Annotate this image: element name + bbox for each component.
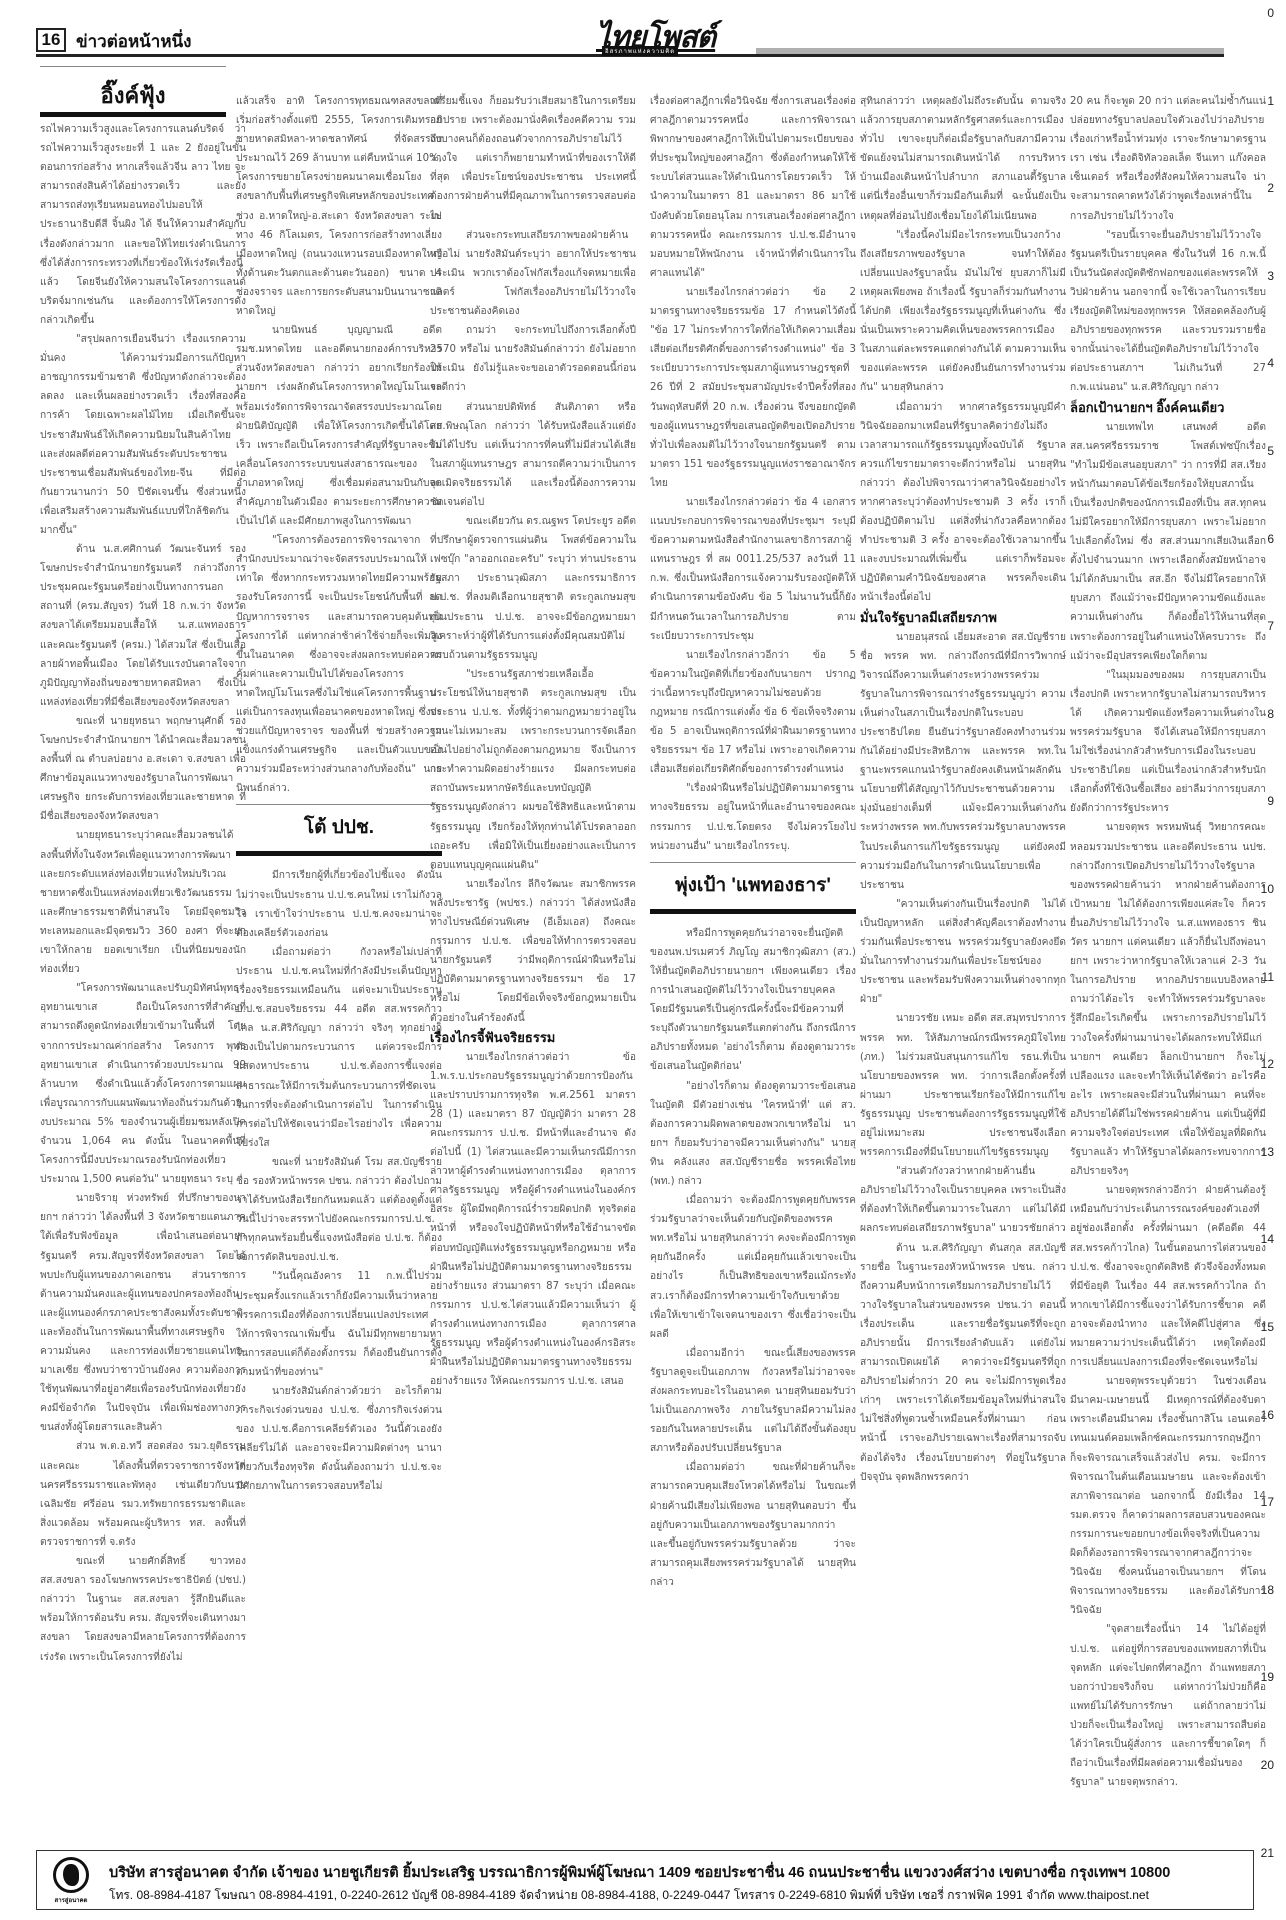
column-2-text: แล้วเสร็จ อาทิ โครงการพุทธมณฑลสงขลาที่เร… bbox=[236, 92, 442, 798]
paragraph: "ในมุมมองของผม การยุบสภาเป็นเรื่องปกติ เ… bbox=[1070, 666, 1266, 819]
paragraph: "สรุปผลการเยือนจีนว่า เรื่องแรกความมั่นค… bbox=[40, 330, 246, 540]
paragraph: "โครงการต้องรอการพิจารณาจากสำนักงบประมาณ… bbox=[236, 531, 442, 798]
paragraph: ส่วนนายปดิพัทธ์ สันติภาดา หรือ สส.พิษณุโ… bbox=[430, 398, 636, 513]
paragraph: นายจตุพรกล่าวอีกว่า ฝ่ายค้านต้องรู้เหมือ… bbox=[1070, 1181, 1266, 1372]
subhead-rule-top bbox=[236, 804, 442, 805]
line-marker: 0 bbox=[1267, 6, 1274, 20]
paragraph: นายจตุพรระบุด้วยว่า ในช่วงเดือนมีนาคม-เม… bbox=[1070, 1372, 1266, 1620]
masthead-tagline: อิสรภาพแห่งความคิด bbox=[602, 46, 678, 56]
paragraph: ขณะที่ นายรังสิมันต์ โรม สส.บัญชีรายชื่อ… bbox=[236, 1153, 442, 1268]
kicker-rule-top bbox=[40, 66, 226, 67]
column-4-text: เรื่องต่อศาลฎีกาเพื่อวินิจฉัย ซึ่งการเสน… bbox=[650, 92, 856, 856]
paragraph: ด้าน น.ส.ศศิกานต์ วัฒนะจันทร์ รองโฆษกประ… bbox=[40, 540, 246, 712]
subhead-box-ppc: โต้ ปปช. bbox=[236, 804, 442, 856]
column-4b-text: หรือมีการพูดคุยกันว่าอาจจะยื่นญัตติของนพ… bbox=[650, 924, 856, 1592]
paragraph: "อย่างไรก็ตาม ต้องดูตามวาระข้อเสนอในญัตต… bbox=[650, 1077, 856, 1192]
paragraph: นายจิรายุ ห่วงทรัพย์ ที่ปรึกษาของนายกฯ ก… bbox=[40, 1189, 246, 1437]
paragraph: หรือมีการพูดคุยกันว่าอาจจะยื่นญัตติของนพ… bbox=[650, 924, 856, 1077]
kicker-headline: อิ๊งค์ฟุ้ง bbox=[40, 78, 226, 113]
paragraph: เมื่อถามต่อว่า กังวลหรือไม่เปล่าที่ประธา… bbox=[236, 943, 442, 1153]
paragraph: สุทินกล่าวว่า เหตุผลยังไม่ถึงระดับนั้น ต… bbox=[860, 92, 1066, 226]
line-marker: 4 bbox=[1267, 356, 1274, 370]
article-column-6: 20 คน ก็จะพูด 20 กว่า แต่ละคนไม่ซ้ำกันแน… bbox=[1070, 92, 1266, 1827]
article-column-1: รถไฟความเร็วสูงและโครงการแลนด์บริดจ์ ว่า… bbox=[40, 120, 246, 1825]
subhead-ppc: โต้ ปปช. bbox=[236, 815, 442, 841]
imprint-line-2: โทร. 08-8984-4187 โฆษณา 08-8984-4191, 0-… bbox=[109, 1886, 1149, 1905]
publisher-logo-icon bbox=[53, 1857, 89, 1893]
paragraph: ขณะที่ นายยุทธนา พฤกษานุศักดิ์ รองโฆษกปร… bbox=[40, 712, 246, 827]
line-marker: 1 bbox=[1267, 94, 1274, 108]
line-marker: 6 bbox=[1267, 532, 1274, 546]
paragraph: นายเทพไท เสนพงศ์ อดีต สส.นครศรีธรรมราช โ… bbox=[1070, 418, 1266, 666]
paragraph: "จุดสายเรื่องนี้น่า 14 ไม่ได้อยู่ที่ ป.ป… bbox=[1070, 1620, 1266, 1792]
subhead-ruangkrai-ethics: เรื่องไกรจี้ฟันจริยธรรม bbox=[430, 1028, 636, 1048]
paragraph: นายเรืองไกร ลีกิจวัฒนะ สมาชิกพรรคพลังประ… bbox=[430, 875, 636, 1028]
paragraph: ส่วนจะกระทบเสถียรภาพของฝ่ายค้านหรือไม่ น… bbox=[430, 226, 636, 321]
paragraph: "เรื่องนี้คงไม่มีอะไรกระทบเป็นวงกว้างถึง… bbox=[860, 226, 1066, 398]
subhead-rule-bottom bbox=[650, 909, 856, 914]
line-marker: 21 bbox=[1261, 1846, 1274, 1860]
paragraph: "ส่วนตัวกังวลว่าหากฝ่ายค้านยื่นอภิปรายไม… bbox=[860, 1162, 1066, 1238]
page-number: 16 bbox=[36, 28, 66, 52]
line-marker: 7 bbox=[1267, 619, 1274, 633]
paragraph: นายเรืองไกรกล่าวต่อว่า ข้อ 4 เอกสารแนบปร… bbox=[650, 493, 856, 646]
paragraph: ขณะที่ นายศักดิ์สิทธิ์ ขาวทอง สส.สงขลา ร… bbox=[40, 1552, 246, 1667]
paragraph: เมื่อถามว่า จะต้องมีการพูดคุยกับพรรคร่วม… bbox=[650, 1191, 856, 1344]
section-title: ข่าวต่อหน้าหนึ่ง bbox=[76, 28, 191, 55]
paragraph: เมื่อถามอีกว่า ขณะนี้เสียงของพรรครัฐบาลด… bbox=[650, 1344, 856, 1459]
line-marker: 5 bbox=[1267, 444, 1274, 458]
masthead-logo: ไทยโพสต์ อิสรภาพแห่งความคิด bbox=[596, 18, 746, 54]
publisher-logo-text: สารสู่อนาคต bbox=[49, 1895, 93, 1905]
subhead-rule-top bbox=[650, 862, 856, 863]
publisher-logo: สารสู่อนาคต bbox=[49, 1857, 93, 1905]
article-column-3: เตรียมชี้แจง ก็ยอมรับว่าเสียสมาธิในการเต… bbox=[430, 92, 636, 1827]
paragraph: เรื่องต่อศาลฎีกาเพื่อวินิจฉัย ซึ่งการเสน… bbox=[650, 92, 856, 283]
article-column-5: สุทินกล่าวว่า เหตุผลยังไม่ถึงระดับนั้น ต… bbox=[860, 92, 1066, 1827]
paragraph: ส่วน พ.ต.อ.ทวี สอดส่อง รมว.ยุติธรรม และค… bbox=[40, 1437, 246, 1552]
subhead-confident-gov: มั่นใจรัฐบาลมีเสถียรภาพ bbox=[860, 608, 1066, 628]
paragraph: นายจตุพร พรหมพันธุ์ วิทยากรคณะหลอมรวมประ… bbox=[1070, 818, 1266, 1181]
paragraph: "วันนี้คุณอังคาร 11 ก.พ.นี้ไปร่วมประชุมค… bbox=[236, 1267, 442, 1382]
paragraph: ด้าน น.ส.ศิริกัญญา ตันสกุล สส.บัญชีรายชื… bbox=[860, 1239, 1066, 1487]
column-2b-text: มีการเรียกผู้ที่เกี่ยวข้องไปชี้แจง ดังนั… bbox=[236, 866, 442, 1496]
page-header: 16 ข่าวต่อหน้าหนึ่ง ไทยโพสต์ อิสรภาพแห่ง… bbox=[36, 18, 1224, 58]
paragraph: นายนิพนธ์ บุญญามณี อดีต รมช.มหาดไทย และอ… bbox=[236, 321, 442, 531]
line-marker: 8 bbox=[1267, 707, 1274, 721]
paragraph: 20 คน ก็จะพูด 20 กว่า แต่ละคนไม่ซ้ำกันแน… bbox=[1070, 92, 1266, 226]
paragraph: นายรังสิมันต์กล่าวด้วยว่า อะไรก็ตามภาระก… bbox=[236, 1382, 442, 1497]
article-column-2: แล้วเสร็จ อาทิ โครงการพุทธมณฑลสงขลาที่เร… bbox=[236, 92, 442, 1827]
paragraph: มีการเรียกผู้ที่เกี่ยวข้องไปชี้แจง ดังนั… bbox=[236, 866, 442, 942]
paragraph: "ประธานรัฐสภาช่วยเหลือเอื้อประโยชน์ให้นา… bbox=[430, 665, 636, 875]
paragraph: นายวรชัย เหมะ อดีต สส.สมุทรปราการ พรรค พ… bbox=[860, 1009, 1066, 1162]
paragraph: "ความเห็นต่างกันเป็นเรื่องปกติ ไม่ได้เป็… bbox=[860, 895, 1066, 1010]
paragraph: ถามว่า จะกระทบไปถึงการเลือกตั้งปี 2570 ห… bbox=[430, 321, 636, 397]
subhead-box-paetongtarn: พุ่งเป้า 'แพทองธาร' bbox=[650, 862, 856, 914]
paragraph: นายเรืองไกรกล่าวอีกว่า ข้อ 5 ข้อความในญั… bbox=[650, 646, 856, 780]
imprint-line-1: บริษัท สารสู่อนาคต จำกัด เจ้าของ นายชูเก… bbox=[109, 1861, 1170, 1884]
paragraph: เมื่อถามว่า หากศาลรัฐธรรมนูญมีคำวินิจฉัย… bbox=[860, 398, 1066, 608]
paragraph: นายเรืองไกรกล่าวต่อว่า ข้อ 1.พ.ร.บ.ประกอ… bbox=[430, 1048, 636, 1392]
kicker-headline-box: อิ๊งค์ฟุ้ง bbox=[40, 66, 226, 120]
paragraph: "รอบนี้เราจะยื่นอภิปรายไม่ไว้วางใจรัฐมนต… bbox=[1070, 226, 1266, 398]
paragraph: รถไฟความเร็วสูงและโครงการแลนด์บริดจ์ ว่า… bbox=[40, 120, 246, 330]
line-marker: 9 bbox=[1267, 794, 1274, 808]
paragraph: "โครงการพัฒนาและปรับภูมิทัศน์พุทธอุทยานเ… bbox=[40, 979, 246, 1189]
paragraph: เตรียมชี้แจง ก็ยอมรับว่าเสียสมาธิในการเต… bbox=[430, 92, 636, 226]
paragraph: นายยุทธนาระบุว่าคณะสื่อมวลชนได้ลงพื้นที่… bbox=[40, 826, 246, 979]
subhead-rule-bottom bbox=[236, 851, 442, 856]
line-marker: 3 bbox=[1267, 269, 1274, 283]
paragraph: ขณะเดียวกัน ดร.ณฐพร โตประยูร อดีตที่ปรึก… bbox=[430, 512, 636, 665]
kicker-rule-bottom bbox=[40, 112, 226, 117]
paragraph: นายเรืองไกรกล่าวต่อว่า ข้อ 2 มาตรฐานทางจ… bbox=[650, 283, 856, 493]
imprint-footer: สารสู่อนาคต บริษัท สารสู่อนาคต จำกัด เจ้… bbox=[36, 1850, 1254, 1910]
paragraph: "เรื่องฝ่าฝืนหรือไม่ปฏิบัติตามมาตรฐานทาง… bbox=[650, 779, 856, 855]
paragraph: เมื่อถามต่อว่า ขณะที่ฝ่ายค้านก็จะสามารถค… bbox=[650, 1458, 856, 1592]
subhead-aim-pm: ล็อกเป้านายกฯ อิ๊งค์คนเดียว bbox=[1070, 398, 1266, 418]
paragraph: นายอนุสรณ์ เอี่ยมสะอาด สส.บัญชีรายชื่อ พ… bbox=[860, 628, 1066, 895]
subhead-target-paetongtarn: พุ่งเป้า 'แพทองธาร' bbox=[650, 873, 856, 899]
article-column-4: เรื่องต่อศาลฎีกาเพื่อวินิจฉัย ซึ่งการเสน… bbox=[650, 92, 856, 1827]
paragraph: แล้วเสร็จ อาทิ โครงการพุทธมณฑลสงขลาที่เร… bbox=[236, 92, 442, 321]
line-marker: 2 bbox=[1267, 181, 1274, 195]
